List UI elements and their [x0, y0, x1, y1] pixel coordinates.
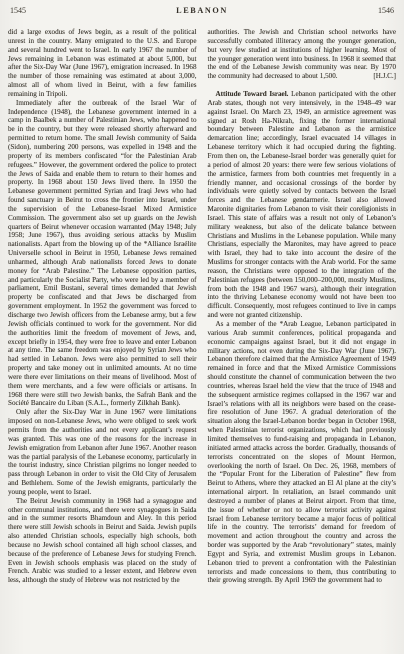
paragraph: authorities. The Jewish and Christian sc…: [208, 28, 397, 81]
paragraph-text: did a large exodus of Jews begin, as a r…: [8, 28, 197, 98]
paragraph: did a large exodus of Jews begin, as a r…: [8, 28, 197, 99]
left-column: did a large exodus of Jews begin, as a r…: [8, 28, 197, 585]
right-column: authorities. The Jewish and Christian sc…: [208, 28, 397, 585]
paragraph: The Beirut Jewish community in 1968 had …: [8, 497, 197, 585]
paragraph: Immediately after the outbreak of the Is…: [8, 99, 197, 409]
paragraph-text: Lebanon participated with the other Arab…: [208, 90, 397, 319]
author-initials: [H.J.C.]: [373, 72, 396, 81]
scanned-page: 1545 LEBANON 1546 did a large exodus of …: [0, 0, 404, 654]
paragraph-text: Immediately after the outbreak of the Is…: [8, 99, 197, 408]
paragraph: Only after the Six-Day War in June 1967 …: [8, 408, 197, 496]
paragraph-text: The Beirut Jewish community in 1968 had …: [8, 497, 197, 585]
page-header: 1545 LEBANON 1546: [8, 6, 396, 28]
page-number-right: 1546: [378, 6, 394, 15]
section-heading: Attitude Toward Israel.: [216, 90, 289, 98]
paragraph: Attitude Toward Israel. Lebanon particip…: [208, 90, 397, 320]
text-columns: did a large exodus of Jews begin, as a r…: [8, 28, 396, 585]
paragraph-text: As a member of the *Arab League, Lebanon…: [208, 320, 397, 584]
paragraph: As a member of the *Arab League, Lebanon…: [208, 320, 397, 585]
paragraph-text: authorities. The Jewish and Christian sc…: [208, 28, 397, 80]
paragraph-text: Only after the Six-Day War in June 1967 …: [8, 408, 197, 496]
running-title: LEBANON: [8, 6, 396, 15]
